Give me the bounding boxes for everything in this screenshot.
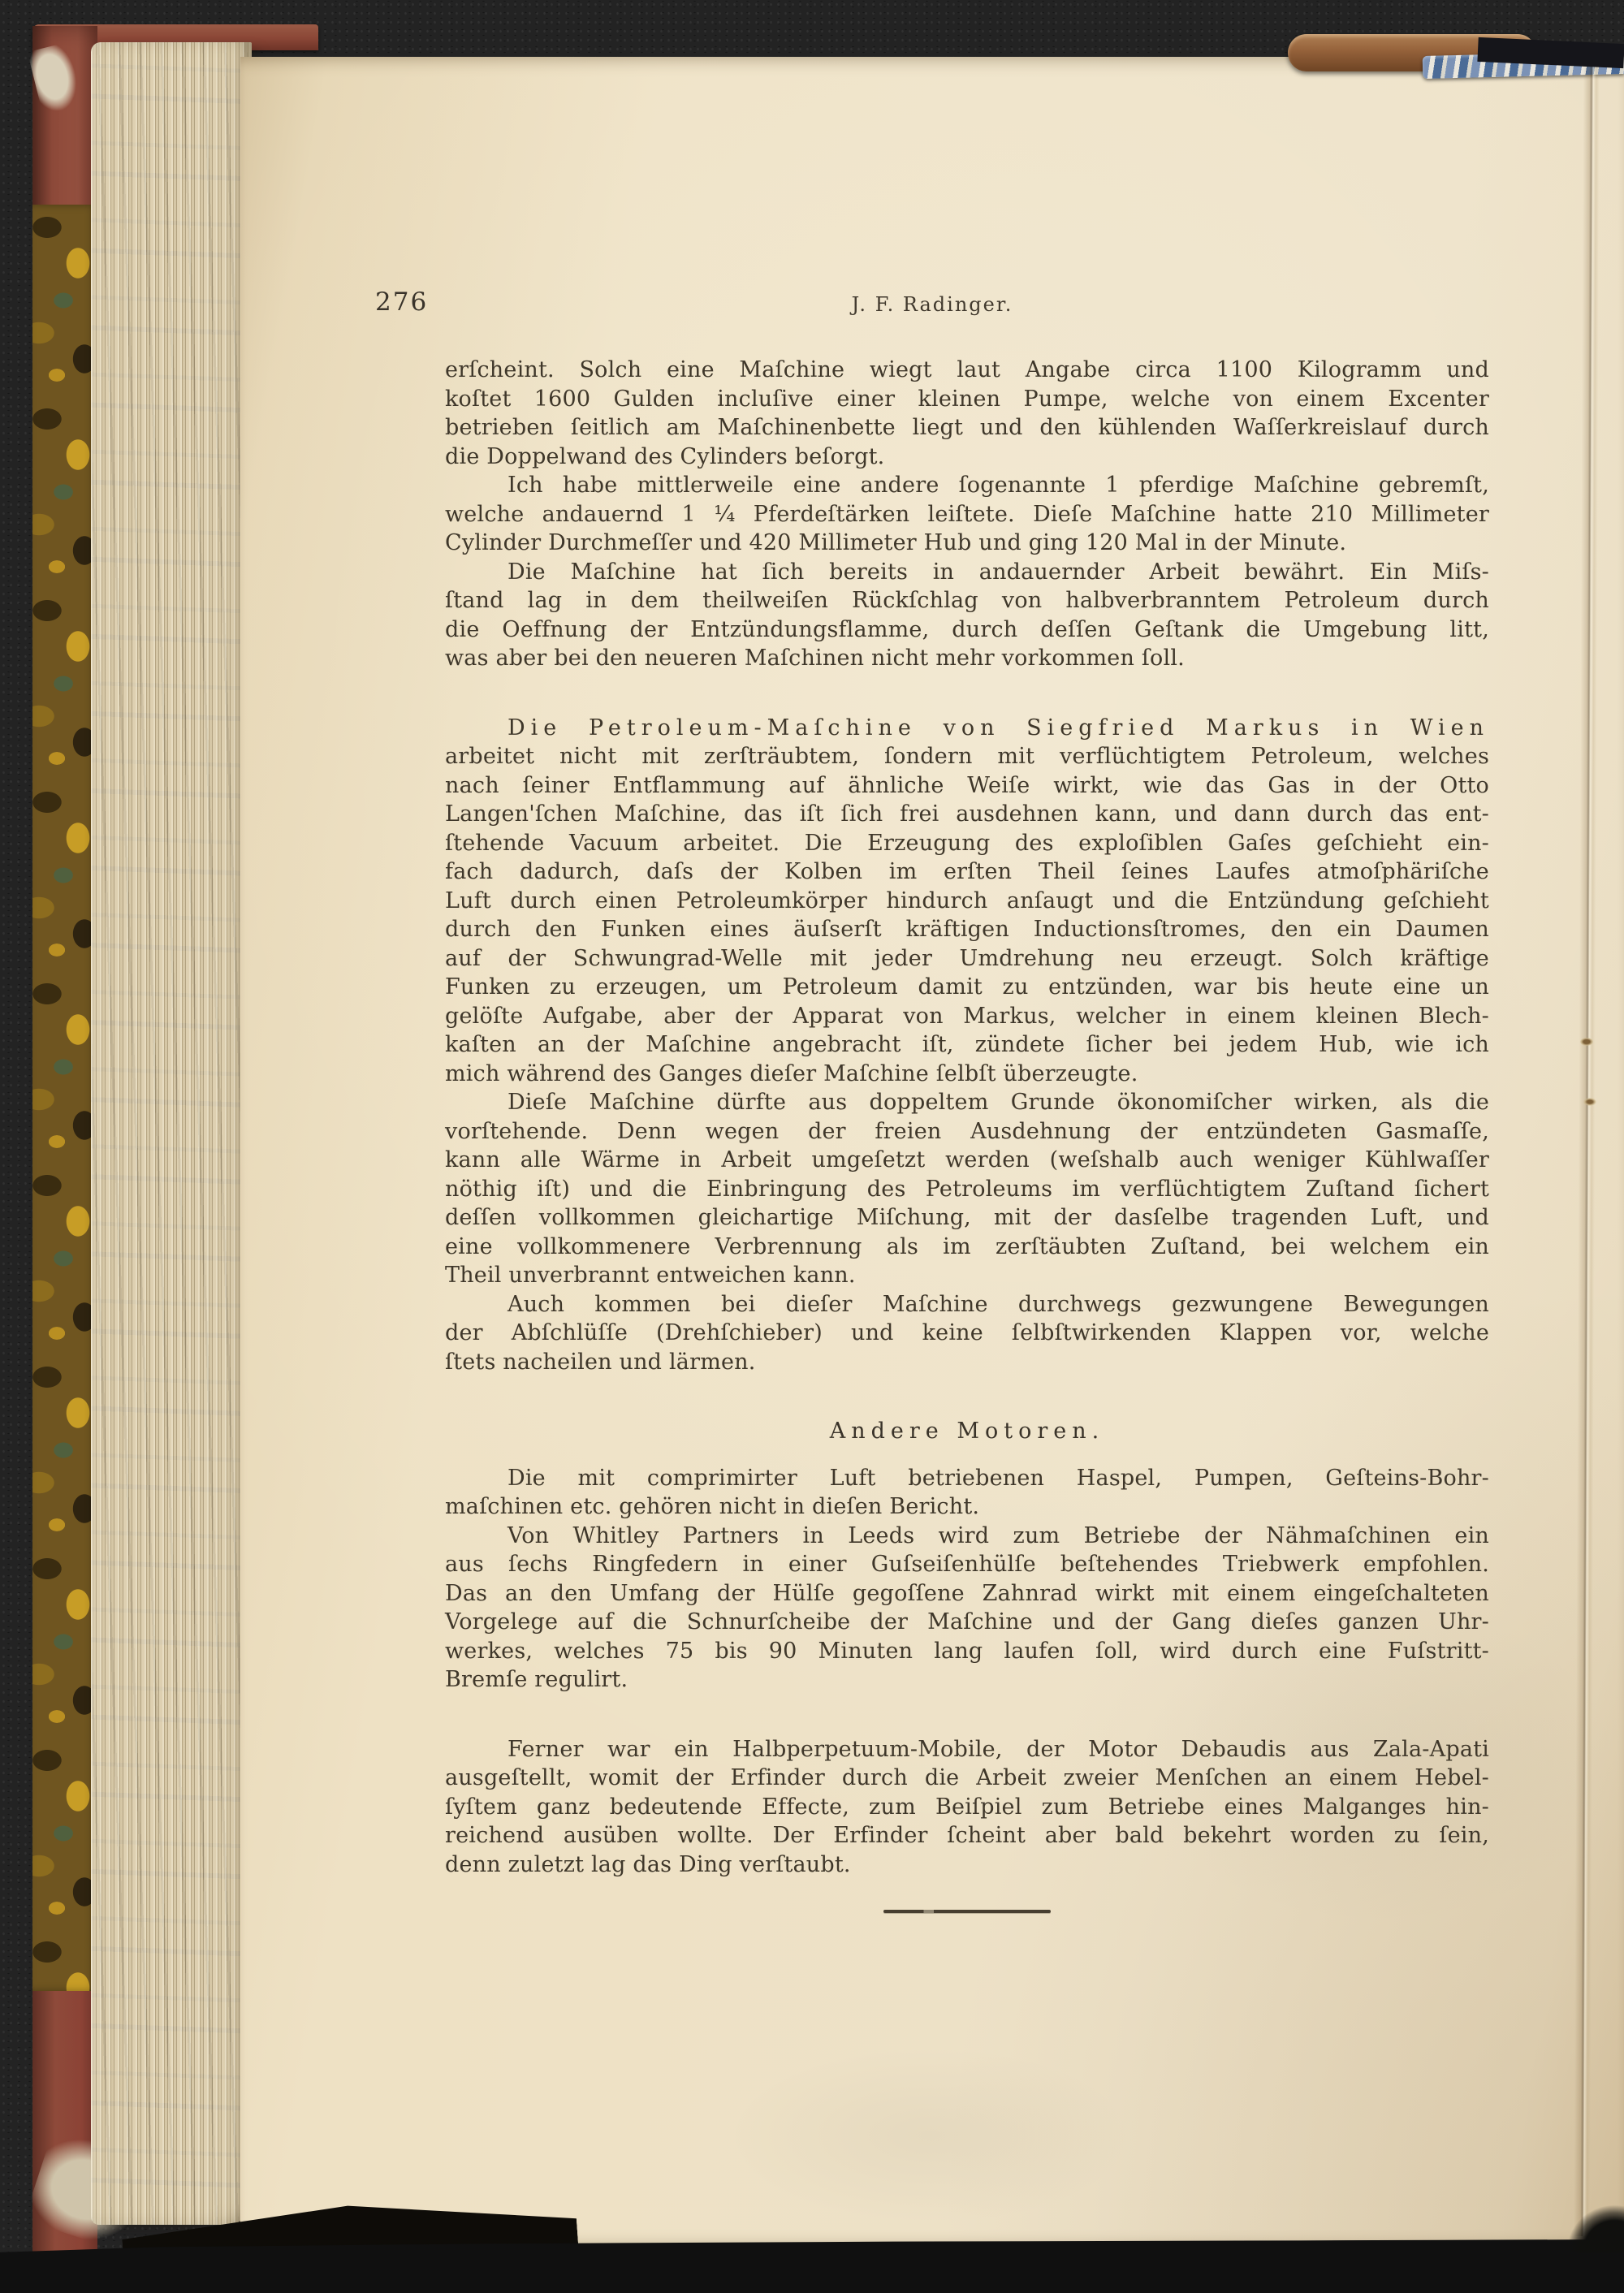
- text-line: aus ſechs Ringfedern in einer Guſseiſenh…: [445, 1550, 1489, 1579]
- text-line: gelöſte Aufgabe, aber der Apparat von Ma…: [445, 1002, 1489, 1031]
- text-line: Die mit comprimirter Luft betriebenen Ha…: [445, 1464, 1489, 1493]
- page-text: erſcheint. Solch eine Maſchine wiegt lau…: [445, 356, 1489, 1913]
- text-line: Auch kommen bei dieſer Maſchine durchweg…: [445, 1290, 1489, 1319]
- text-line: Ich habe mittlerweile eine andere ſogena…: [445, 471, 1489, 500]
- paragraph: Dieſe Maſchine dürfte aus doppeltem Grun…: [445, 1088, 1489, 1290]
- marbled-cover-paper: [32, 205, 97, 1991]
- text-line: Von Whitley Partners in Leeds wird zum B…: [445, 1522, 1489, 1551]
- text-line: betrieben ſeitlich am Maſchinenbette lie…: [445, 413, 1489, 443]
- text-line: mich während des Ganges dieſer Maſchine …: [445, 1060, 1489, 1089]
- text-line: arbeitet nicht mit zerſträubtem, ſondern…: [445, 742, 1489, 771]
- text-line: der Abſchlüſſe (Drehſchieber) und keine …: [445, 1319, 1489, 1348]
- section-heading: Andere Motoren.: [445, 1417, 1489, 1446]
- text-line: Bremſe regulirt.: [445, 1665, 1489, 1695]
- text-line: Dieſe Maſchine dürfte aus doppeltem Grun…: [445, 1088, 1489, 1117]
- paragraph: Von Whitley Partners in Leeds wird zum B…: [445, 1522, 1489, 1695]
- text-line: kann alle Wärme in Arbeit umgeſetzt werd…: [445, 1146, 1489, 1175]
- paragraph: erſcheint. Solch eine Maſchine wiegt lau…: [445, 356, 1489, 471]
- paper-tear-mark: [1583, 1098, 1596, 1106]
- page-header: 276 J. F. Radinger.: [240, 287, 1624, 323]
- text-line: deſſen vollkommen gleichartige Miſchung,…: [445, 1203, 1489, 1233]
- text-line: Cylinder Durchmeſſer und 420 Millimeter …: [445, 529, 1489, 558]
- text-line: kaſten an der Maſchine angebracht iſt, z…: [445, 1030, 1489, 1060]
- text-line: Theil unverbrannt entweichen kann.: [445, 1261, 1489, 1290]
- paragraph: Ferner war ein Halbperpetuum-Mobile, der…: [445, 1735, 1489, 1880]
- separator-rule: [883, 1910, 1051, 1913]
- text-line: nach ſeiner Entflammung auf ähnliche Wei…: [445, 771, 1489, 801]
- text-line: werkes, welches 75 bis 90 Minuten lang l…: [445, 1637, 1489, 1666]
- text-line: Das an den Umfang der Hülſe gegoſſene Za…: [445, 1579, 1489, 1609]
- text-line: die Doppelwand des Cylinders beſorgt.: [445, 443, 1489, 472]
- text-line: eine vollkommenere Verbrennung als im ze…: [445, 1233, 1489, 1262]
- scan-bottom-background: [0, 2239, 1624, 2293]
- book-page: 276 J. F. Radinger. erſcheint. Solch ein…: [240, 57, 1624, 2246]
- text-line: reichend ausüben wollte. Der Erfinder ſc…: [445, 1821, 1489, 1850]
- text-line: was aber bei den neueren Maſchinen nicht…: [445, 644, 1489, 673]
- text-line: ſtets nacheilen und lärmen.: [445, 1348, 1489, 1377]
- text-line: denn zuletzt lag das Ding verſtaubt.: [445, 1850, 1489, 1880]
- text-line: erſcheint. Solch eine Maſchine wiegt lau…: [445, 356, 1489, 385]
- text-line: Vorgelege auf die Schnurſcheibe der Maſc…: [445, 1608, 1489, 1637]
- text-line: auf der Schwungrad-Welle mit jeder Umdre…: [445, 944, 1489, 974]
- text-line: koſtet 1600 Gulden incluſive einer klein…: [445, 385, 1489, 414]
- text-line: Ferner war ein Halbperpetuum-Mobile, der…: [445, 1735, 1489, 1764]
- text-line: Funken zu erzeugen, um Petroleum damit z…: [445, 973, 1489, 1002]
- paper-tear-mark: [1580, 1038, 1593, 1046]
- text-line: ſyſtem ganz bedeutende Effecte, zum Beiſ…: [445, 1793, 1489, 1822]
- text-line: Luft durch einen Petroleumkörper hindurc…: [445, 887, 1489, 916]
- page-fore-edge-stack: [91, 42, 252, 2225]
- text-line: ſtehende Vacuum arbeitet. Die Erzeugung …: [445, 829, 1489, 858]
- page-number: 276: [375, 287, 428, 317]
- text-line: fach dadurch, daſs der Kolben im erſten …: [445, 857, 1489, 887]
- text-line: ausgeſtellt, womit der Erfinder durch di…: [445, 1764, 1489, 1793]
- text-line: welche andauernd 1 ¼ Pferdeſtärken leiſt…: [445, 500, 1489, 529]
- text-line: die Oeffnung der Entzündungsflamme, durc…: [445, 615, 1489, 645]
- paragraph: Die Maſchine hat ſich bereits in andauer…: [445, 558, 1489, 673]
- page-corner-curl-shadow: [1562, 2187, 1624, 2252]
- running-head: J. F. Radinger.: [852, 293, 1013, 316]
- text-line: Die Maſchine hat ſich bereits in andauer…: [445, 558, 1489, 587]
- text-line: ſtand lag in dem theilweiſen Rückſchlag …: [445, 586, 1489, 615]
- text-line: nöthig iſt) und die Einbringung des Petr…: [445, 1175, 1489, 1204]
- text-line: Langen'ſchen Maſchine, das iſt ſich frei…: [445, 800, 1489, 829]
- text-line: maſchinen etc. gehören nicht in dieſen B…: [445, 1492, 1489, 1522]
- text-line: vorſtehende. Denn wegen der freien Ausde…: [445, 1117, 1489, 1146]
- paragraph: Die Petroleum-Maſchine von Siegfried Mar…: [445, 714, 1489, 1089]
- paragraph: Auch kommen bei dieſer Maſchine durchweg…: [445, 1290, 1489, 1377]
- text-line: durch den Funken eines äuſserſt kräftige…: [445, 915, 1489, 944]
- paragraph: Ich habe mittlerweile eine andere ſogena…: [445, 471, 1489, 558]
- print-area: 276 J. F. Radinger. erſcheint. Solch ein…: [240, 57, 1624, 2246]
- paragraph: Die mit comprimirter Luft betriebenen Ha…: [445, 1464, 1489, 1522]
- text-line: Die Petroleum-Maſchine von Siegfried Mar…: [445, 714, 1489, 743]
